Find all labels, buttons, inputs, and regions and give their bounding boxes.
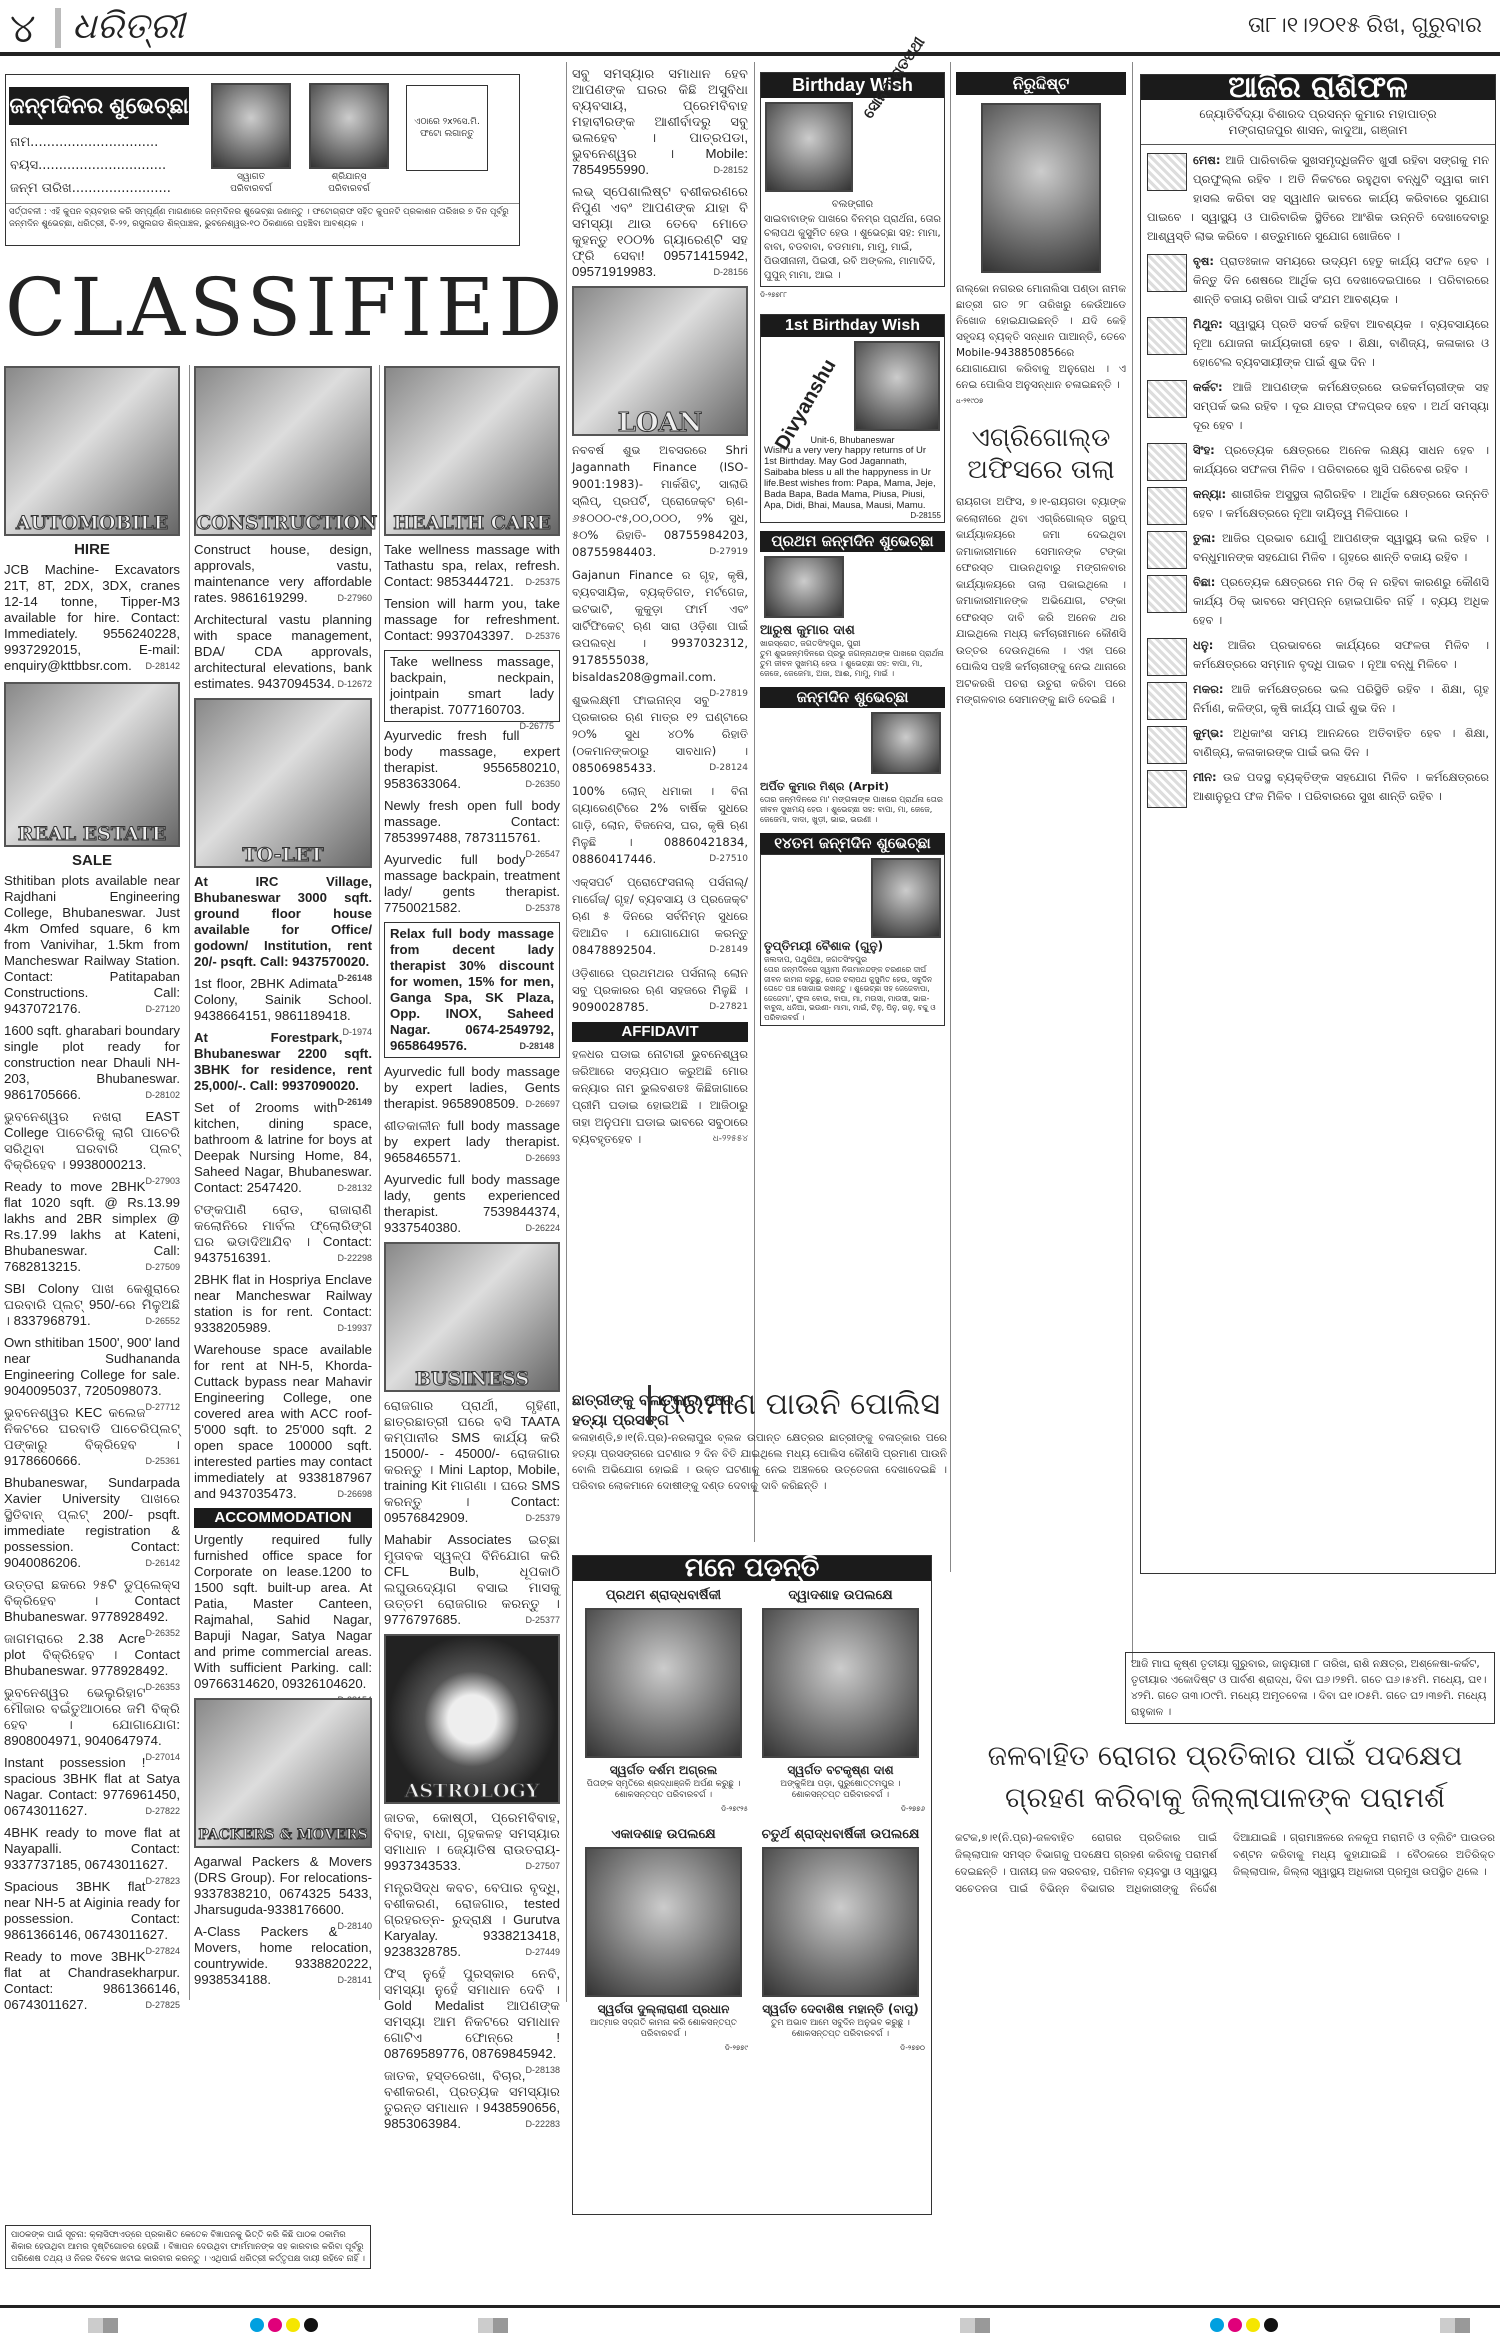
classified-ad: Set of 2rooms with kitchen, dining space… bbox=[194, 1100, 372, 1196]
obituary-heading: ମନେ ପଡ଼ନ୍ତି bbox=[573, 1556, 931, 1581]
birthday-wish-5: ତୃପ୍ତିମୟୀ ବୈଶାକ (ଗୁନୁ) ଜଲଦାପ, ପଥୁରିଆ, ଜଗ… bbox=[760, 854, 945, 1026]
health-care-image: HEALTH CARE bbox=[384, 366, 560, 536]
zodiac-icon bbox=[1147, 682, 1187, 720]
zodiac-icon bbox=[1147, 531, 1187, 569]
horoscope-sign: ମିଥୁନ: ସ୍ୱାସ୍ଥ୍ୟ ପ୍ରତି ସତର୍କ ରହିବା ଆବଶ୍ୟ… bbox=[1147, 315, 1489, 372]
missing-heading: ନିରୁଦ୍ଦିଷ୍ଟ bbox=[956, 72, 1126, 95]
footer-rule bbox=[0, 2305, 1500, 2308]
photo-placeholder: ଏଠାରେ ୨x୨ସେ.ମି. ଫଟୋ ଲଗାନ୍ତୁ bbox=[406, 85, 488, 171]
wish-photo-1 bbox=[765, 102, 853, 192]
ad-affidavit: ହଳଧର ଘଡାଇ ନୋଟାରୀ ଭୁବନେଶ୍ୱର ଜରିଆରେ ସତ୍ୟପା… bbox=[572, 1046, 748, 1148]
rape-news-headline: ପ୍ରମାଣ ପାଉନି ପୋଲିସ bbox=[648, 1385, 948, 1425]
classified-ad: ରୋଜଗାର ପ୍ରାର୍ଥୀ, ଗୃହିଣୀ, ଛାତ୍ରଛାତ୍ରୀ ଘରେ… bbox=[384, 1398, 560, 1526]
panchang-box: ଆଜି ମାଘ କୃଷ୍ଣ ତୃତୀୟା ଗୁରୁବାର, ଜାନୁୟାରୀ ୮… bbox=[1125, 1652, 1495, 1724]
wish-photo-3 bbox=[764, 556, 844, 618]
classified-ad: 2BHK flat in Hospriya Enclave near Manch… bbox=[194, 1272, 372, 1336]
obituary-photo bbox=[585, 1608, 742, 1758]
classified-ad: Newly fresh open full body massage. Cont… bbox=[384, 798, 560, 846]
classified-ad: Ayurvedic fresh full body massage, exper… bbox=[384, 728, 560, 792]
classified-ad: ଏକ୍ସପର୍ଟ ପ୍ରୋଫେସନାଲ୍ ପର୍ସନାଲ୍/ ମାର୍ଗେଜ୍/… bbox=[572, 874, 748, 959]
automobile-image: AUTOMOBILE bbox=[4, 366, 180, 536]
zodiac-icon bbox=[1147, 153, 1187, 191]
zodiac-icon bbox=[1147, 487, 1187, 525]
classified-ad: Ayurvedic full body massage lady, gents … bbox=[384, 1172, 560, 1236]
missing-text: ନାଲ୍କୋ ନଗରର ମୋନାଲିସା ପଣ୍ଡା ନାମକ ଛାତ୍ରୀ ଗ… bbox=[956, 281, 1126, 393]
classified-ad: ଟଙ୍କପାଣି ରୋଡ, ରାଜାରାଣି କଲୋନିରେ ମାର୍ବଲ ଫ୍… bbox=[194, 1202, 372, 1266]
classified-ad: ମନ୍ତ୍ରସିଦ୍ଧ କବଚ, ବେପାର ବୃଦ୍ଧି, ବଶୀକରଣ, ର… bbox=[384, 1880, 560, 1960]
zodiac-icon bbox=[1147, 638, 1187, 676]
black-dot bbox=[1264, 2318, 1278, 2332]
astrology-image: ASTROLOGY bbox=[384, 1634, 560, 1804]
classified-ad: Take wellness massage with Tathastu spa,… bbox=[384, 542, 560, 590]
print-register-mark bbox=[960, 2318, 990, 2333]
zodiac-icon bbox=[1147, 443, 1187, 481]
wish-5-heading: ୧୪ତମ ଜନ୍ମଦିନ ଶୁଭେଚ୍ଛା bbox=[760, 833, 945, 854]
accommodation-heading: ACCOMMODATION bbox=[194, 1508, 372, 1528]
agrigold-headline: ଏଗ୍ରିଗୋଲ୍ଡ ଅଫିସରେ ତାଲା bbox=[956, 422, 1126, 486]
hire-heading: HIRE bbox=[4, 542, 180, 558]
birthday-wish-2: 1st Birthday Wish Divyanshu Unit-6, Bhub… bbox=[760, 314, 945, 523]
print-register-mark bbox=[88, 2318, 118, 2333]
wish-3-heading: ପ୍ରଥମ ଜନ୍ମଦିନ ଶୁଭେଚ୍ଛା bbox=[760, 531, 945, 552]
classified-col-4: ସବୁ ସମସ୍ୟାର ସମାଧାନ ହେବ ଆପଣଙ୍କ ଘରର କିଛି ଅ… bbox=[572, 66, 748, 1154]
missing-person-photo bbox=[981, 103, 1101, 273]
business-image: BUSINESS bbox=[384, 1242, 560, 1392]
date-line: ତା୮।୧।୨୦୧୫ ରିଖ, ଗୁରୁବାର bbox=[1248, 12, 1482, 38]
classified-ad: ଓଡ଼ିଶାରେ ପ୍ରଥମଥର ପର୍ସନାଲ୍ ଲୋନ ସବୁ ପ୍ରକାର… bbox=[572, 965, 748, 1016]
newspaper-logo: ଧରିତ୍ରୀ bbox=[72, 6, 184, 48]
child-photo-1 bbox=[211, 83, 291, 169]
classified-ad: SBI Colony ପାଖ କେଶୁରାରେ ଘରବାରି ପ୍ଲଟ୍ 950… bbox=[4, 1281, 180, 1329]
yellow-dot bbox=[286, 2318, 300, 2332]
horoscope-box: ଆଜିର ରାଶିଫଳ ଜ୍ୟୋତିର୍ବିଦ୍ୟା ବିଶାରଦ ପ୍ରସନ୍… bbox=[1140, 74, 1496, 1574]
classified-ad: Gajanun Finance ର ଗୃହ, କୃଷି, ବ୍ୟବସାୟିକ, … bbox=[572, 567, 748, 686]
horoscope-sign: କର୍କଟ: ଆଜି ଆପଣଙ୍କ କର୍ମକ୍ଷେତ୍ରରେ ଉଚ୍ଚକର୍ମ… bbox=[1147, 378, 1489, 435]
horoscope-sign: କୁମ୍ଭ: ଅଧିକାଂଶ ସମୟ ଆନନ୍ଦରେ ଅତିବାହିତ ହେବ … bbox=[1147, 724, 1489, 762]
wish-photo-2 bbox=[854, 341, 940, 431]
ad-hire: JCB Machine- Excavators 21T, 8T, 2DX, 3D… bbox=[4, 562, 180, 674]
classified-ad: ଭୁବନେଶ୍ୱର ନଖରା EAST College ପାଚେରିକୁ ଲାଗ… bbox=[4, 1109, 180, 1173]
classified-ad: Ayurvedic full body massage by expert la… bbox=[384, 1064, 560, 1112]
news-column: ନିରୁଦ୍ଦିଷ୍ଟ ନାଲ୍କୋ ନଗରର ମୋନାଲିସା ପଣ୍ଡା ନ… bbox=[956, 72, 1126, 709]
classified-col-1: AUTOMOBILE HIRE JCB Machine- Excavators … bbox=[4, 366, 180, 2019]
wish-4-heading: ଜନ୍ମଦିନ ଶୁଭେଚ୍ଛା bbox=[760, 687, 945, 708]
loan-image: LOAN bbox=[572, 286, 748, 436]
water-news-headline: ଜଳବାହିତ ରୋଗର ପ୍ରତିକାର ପାଇଁ ପଦକ୍ଷେପ ଗ୍ରହଣ… bbox=[955, 1735, 1495, 1819]
birthday-coupon: ଜନ୍ମଦିନର ଶୁଭେଚ୍ଛା ନାମ...................… bbox=[5, 74, 520, 246]
classified-ad: Agarwal Packers & Movers (DRS Group). Fo… bbox=[194, 1854, 372, 1918]
classified-ad: ନବବର୍ଷ ଶୁଭ ଅବସରରେ Shri Jagannath Finance… bbox=[572, 442, 748, 561]
coupon-field-dob[interactable]: ଜନ୍ମ ତାରିଖ........................ bbox=[10, 177, 171, 200]
obituary-photo bbox=[762, 1608, 919, 1758]
magenta-dot bbox=[1228, 2318, 1242, 2332]
horoscope-heading: ଆଜିର ରାଶିଫଳ bbox=[1141, 75, 1495, 100]
classified-ad: ଉତ୍ତରା ଛକରେ ୨୫ଟି ଡୁପ୍ଲେକ୍ସ ବିକ୍ରିହେବ । C… bbox=[4, 1577, 180, 1625]
birthday-wish-1: Birthday Wish ସୋନମ୍ ଶତପଥୀ ବଲଙ୍ଗୀର ସାଇବାବ… bbox=[760, 72, 945, 287]
classified-ad: Construct house, design, approvals, vast… bbox=[194, 542, 372, 606]
print-register-mark bbox=[478, 2318, 508, 2333]
horoscope-sign: ମେଷ: ଆଜି ପାରିବାରିକ ସୁଖସମୃଦ୍ଧିଜନିତ ଖୁସୀ ର… bbox=[1147, 151, 1489, 246]
obituary-photo bbox=[585, 1847, 742, 1997]
classified-col-2: CONSTRUCTION Construct house, design, ap… bbox=[194, 366, 372, 1994]
horoscope-sign: ସିଂହ: ପ୍ରତ୍ୟେକ କ୍ଷେତ୍ରରେ ଅନେକ ଲକ୍ଷ୍ୟ ସାଧ… bbox=[1147, 441, 1489, 479]
zodiac-icon bbox=[1147, 726, 1187, 764]
classified-col-3: HEALTH CARE Take wellness massage with T… bbox=[384, 366, 560, 2138]
classified-ad: ଶୁଭଲକ୍ଷ୍ମୀ ଫାଇନାନ୍ସ ସବୁ ପ୍ରକାରର ଋଣ ମାତ୍ର… bbox=[572, 692, 748, 777]
classified-ad: Take wellness massage, backpain, neckpai… bbox=[384, 650, 560, 722]
header-rule bbox=[0, 52, 1500, 56]
real-estate-image: REAL ESTATE bbox=[4, 682, 180, 847]
classified-ad: Own sthitiban 1500', 900' land near Sudh… bbox=[4, 1335, 180, 1399]
coupon-field-name[interactable]: ନାମ............................... bbox=[10, 131, 171, 154]
horoscope-sign: ମୀନ: ଉଚ୍ଚ ପଦସ୍ଥ ବ୍ୟକ୍ତିଙ୍କ ସହଯୋଗ ମିଳିବ ।… bbox=[1147, 768, 1489, 806]
agrigold-body: ରାୟଗଡା ଅଫିସ, ୭।୧-ରାୟଗଡା ବ୍ୟାଙ୍କ କଲୋନୀରେ … bbox=[956, 494, 1126, 709]
coupon-title: ଜନ୍ମଦିନର ଶୁଭେଚ୍ଛା bbox=[9, 87, 189, 125]
affidavit-heading: AFFIDAVIT bbox=[572, 1022, 748, 1042]
classified-ad: Architectural vastu planning with space … bbox=[194, 612, 372, 692]
horoscope-sign: ମକର: ଆଜି କର୍ମକ୍ଷେତ୍ରରେ ଭଲ ପରିସ୍ଥିତି ରହିବ… bbox=[1147, 680, 1489, 718]
classified-ad: Relax full body massage from decent lady… bbox=[384, 922, 560, 1058]
zodiac-icon bbox=[1147, 380, 1187, 418]
reader-notice: ପାଠକଙ୍କ ପାଇଁ ସୂଚନା: କ୍ଲାସିଫାଏଡ୍‌ରେ ପ୍ରକା… bbox=[5, 2225, 371, 2269]
classified-ad: ସବୁ ସମସ୍ୟାର ସମାଧାନ ହେବ ଆପଣଙ୍କ ଘରର କିଛି ଅ… bbox=[572, 66, 748, 178]
construction-image: CONSTRUCTION bbox=[194, 366, 372, 536]
black-dot bbox=[304, 2318, 318, 2332]
classified-ad: 1600 sqft. gharabari boundary single plo… bbox=[4, 1023, 180, 1103]
obituary-item: ଏକାଦଶାହ ଉପଲକ୍ଷେସ୍ୱର୍ଗତା ଦୁଲ୍ଲାରାଣୀ ପ୍ରଧା… bbox=[579, 1826, 748, 2057]
cyan-dot bbox=[1210, 2318, 1224, 2332]
classified-ad: Bhubaneswar, Sundarpada Xavier Universit… bbox=[4, 1475, 180, 1571]
obituary-item: ଚତୁର୍ଥ ଶ୍ରାଦ୍ଧବାର୍ଷିକୀ ଉପଲକ୍ଷେସ୍ୱର୍ଗତ ଦେ… bbox=[756, 1826, 925, 2057]
coupon-fields: ନାମ............................... ବୟସ..… bbox=[10, 131, 171, 200]
yellow-dot bbox=[1246, 2318, 1260, 2332]
classified-ad: Warehouse space available for rent at NH… bbox=[194, 1342, 372, 1502]
magenta-dot bbox=[268, 2318, 282, 2332]
classified-ad: 4BHK ready to move flat at Nayapalli. Co… bbox=[4, 1825, 180, 1873]
photo-caption-2: ଶ୍ରିଯାନ୍ସପରିବାରବର୍ଗ bbox=[304, 171, 394, 195]
coupon-field-age[interactable]: ବୟସ............................... bbox=[10, 154, 171, 177]
classified-ad: Ready to move 2BHK flat 1020 sqft. @ Rs.… bbox=[4, 1179, 180, 1275]
sale-heading: SALE bbox=[4, 853, 180, 869]
obituary-photo bbox=[762, 1847, 919, 1997]
zodiac-icon bbox=[1147, 317, 1187, 355]
classified-ad: ଶୀତକାଳୀନ full body massage by expert lad… bbox=[384, 1118, 560, 1166]
photo-caption-1: ସ୍ୱାଗତପରିବାରବର୍ଗ bbox=[206, 171, 296, 195]
horoscope-author: ଜ୍ୟୋତିର୍ବିଦ୍ୟା ବିଶାରଦ ପ୍ରସନ୍ନ କୁମାର ମହାପ… bbox=[1141, 100, 1495, 145]
classified-ad: ଜାତକ, କୋଷ୍ଠୀ, ପ୍ରେମବିବାହ, ବିବାହ, ବାଧା, ଗ… bbox=[384, 1810, 560, 1874]
classified-banner: CLASSIFIED bbox=[5, 258, 550, 358]
cyan-dot bbox=[250, 2318, 264, 2332]
horoscope-sign: ବୃଷ: ପ୍ରାତଃକାଳ ସମୟରେ ଉଦ୍ୟମ ହେତୁ କାର୍ଯ୍ୟ … bbox=[1147, 252, 1489, 309]
packers-image: PACKERS & MOVERS bbox=[194, 1698, 372, 1848]
classified-ad: 100% ଲୋନ୍ ଧମାକା । ବିନା ଗ୍ୟାରେଣ୍ଟିରେ 2% ବ… bbox=[572, 783, 748, 868]
horoscope-sign: ବିଛା: ପ୍ରତ୍ୟେକ କ୍ଷେତ୍ରରେ ମନ ଠିକ୍ ନ ରହିବା… bbox=[1147, 573, 1489, 630]
print-register-mark bbox=[1440, 2318, 1470, 2333]
classified-ad: Mahabir Associates ଇଚ୍ଛା ମୁତାବକ ସ୍ୱଳ୍ପ ବ… bbox=[384, 1532, 560, 1628]
zodiac-icon bbox=[1147, 575, 1187, 613]
wishes-column: Birthday Wish ସୋନମ୍ ଶତପଥୀ ବଲଙ୍ଗୀର ସାଇବାବ… bbox=[760, 72, 945, 1026]
header-divider bbox=[55, 8, 61, 48]
child-photo-2 bbox=[309, 83, 389, 169]
classified-ad: At IRC Village, Bhubaneswar 3000 sqft. g… bbox=[194, 874, 372, 970]
horoscope-sign: ତୁଳା: ଆଜିର ପ୍ରଭାବ ଯୋଗୁଁ ଆପଣଙ୍କ ସ୍ୱାସ୍ଥ୍ୟ… bbox=[1147, 529, 1489, 567]
obituary-box: ମନେ ପଡ଼ନ୍ତି ପ୍ରଥମ ଶ୍ରାଦ୍ଧବାର୍ଷିକୀସ୍ୱର୍ଗତ… bbox=[572, 1555, 932, 2215]
zodiac-icon bbox=[1147, 254, 1187, 292]
horoscope-sign: କନ୍ୟା: ଶାରୀରିକ ଅସୁସ୍ଥତା ଲାଗିରହିବ । ଆର୍ଥି… bbox=[1147, 485, 1489, 523]
to-let-image: TO-LET bbox=[194, 698, 372, 868]
water-news-body: କଟକ,୭।୧(ନି.ପ୍ର)-ଜଳବାହିତ ରୋଗର ପ୍ରତିକାର ପା… bbox=[955, 1830, 1495, 2310]
zodiac-icon bbox=[1147, 770, 1187, 808]
classified-ad: ଲଭ୍ ସ୍ପେଶାଲିଷ୍ଟ ବଶୀକରଣରେ ନିପୁଣ ଏବଂ ଆପଣଙ୍… bbox=[572, 184, 748, 280]
classified-ad: Tension will harm you, take massage for … bbox=[384, 596, 560, 644]
obituary-item: ପ୍ରଥମ ଶ୍ରାଦ୍ଧବାର୍ଷିକୀସ୍ୱର୍ଗତ ଦର୍ଶମ ଅଗ୍ରଲ… bbox=[579, 1587, 748, 1818]
coupon-terms: ସର୍ତ୍ତାବଳୀ : ଏହି କୁପନ ବ୍ୟବହାର କରି ସମ୍ପୂର… bbox=[6, 203, 519, 232]
wish-photo-4 bbox=[871, 712, 941, 774]
horoscope-sign: ଧନୁ: ଆଜିର ପ୍ରଭାବରେ କାର୍ଯ୍ୟରେ ସଫଳତା ମିଳିବ… bbox=[1147, 636, 1489, 674]
classified-ad: Sthitiban plots available near Rajdhani … bbox=[4, 873, 180, 1017]
obituary-item: ଦ୍ୱାଦଶାହ ଉପଲକ୍ଷେସ୍ୱର୍ଗତ ବଟକୃଷ୍ଣ ଦାଶଅଙ୍କୁ… bbox=[756, 1587, 925, 1818]
wish-photo-5 bbox=[871, 858, 941, 938]
rape-news-body: କଳାହାଣ୍ଡି,୭।୧(ନି.ପ୍ର)-ନରଲାପୁର ବ୍ଲକ ଉପାନ୍… bbox=[572, 1430, 947, 1494]
classified-ad: ଫିସ୍ ନୁହେଁ ପୁରସ୍କାର ନେବି, ସମସ୍ୟା ନୁହେଁ ସ… bbox=[384, 1966, 560, 2062]
page-number: ୪ bbox=[10, 6, 36, 52]
ad-accommodation: Urgently required fully furnished office… bbox=[194, 1532, 372, 1692]
